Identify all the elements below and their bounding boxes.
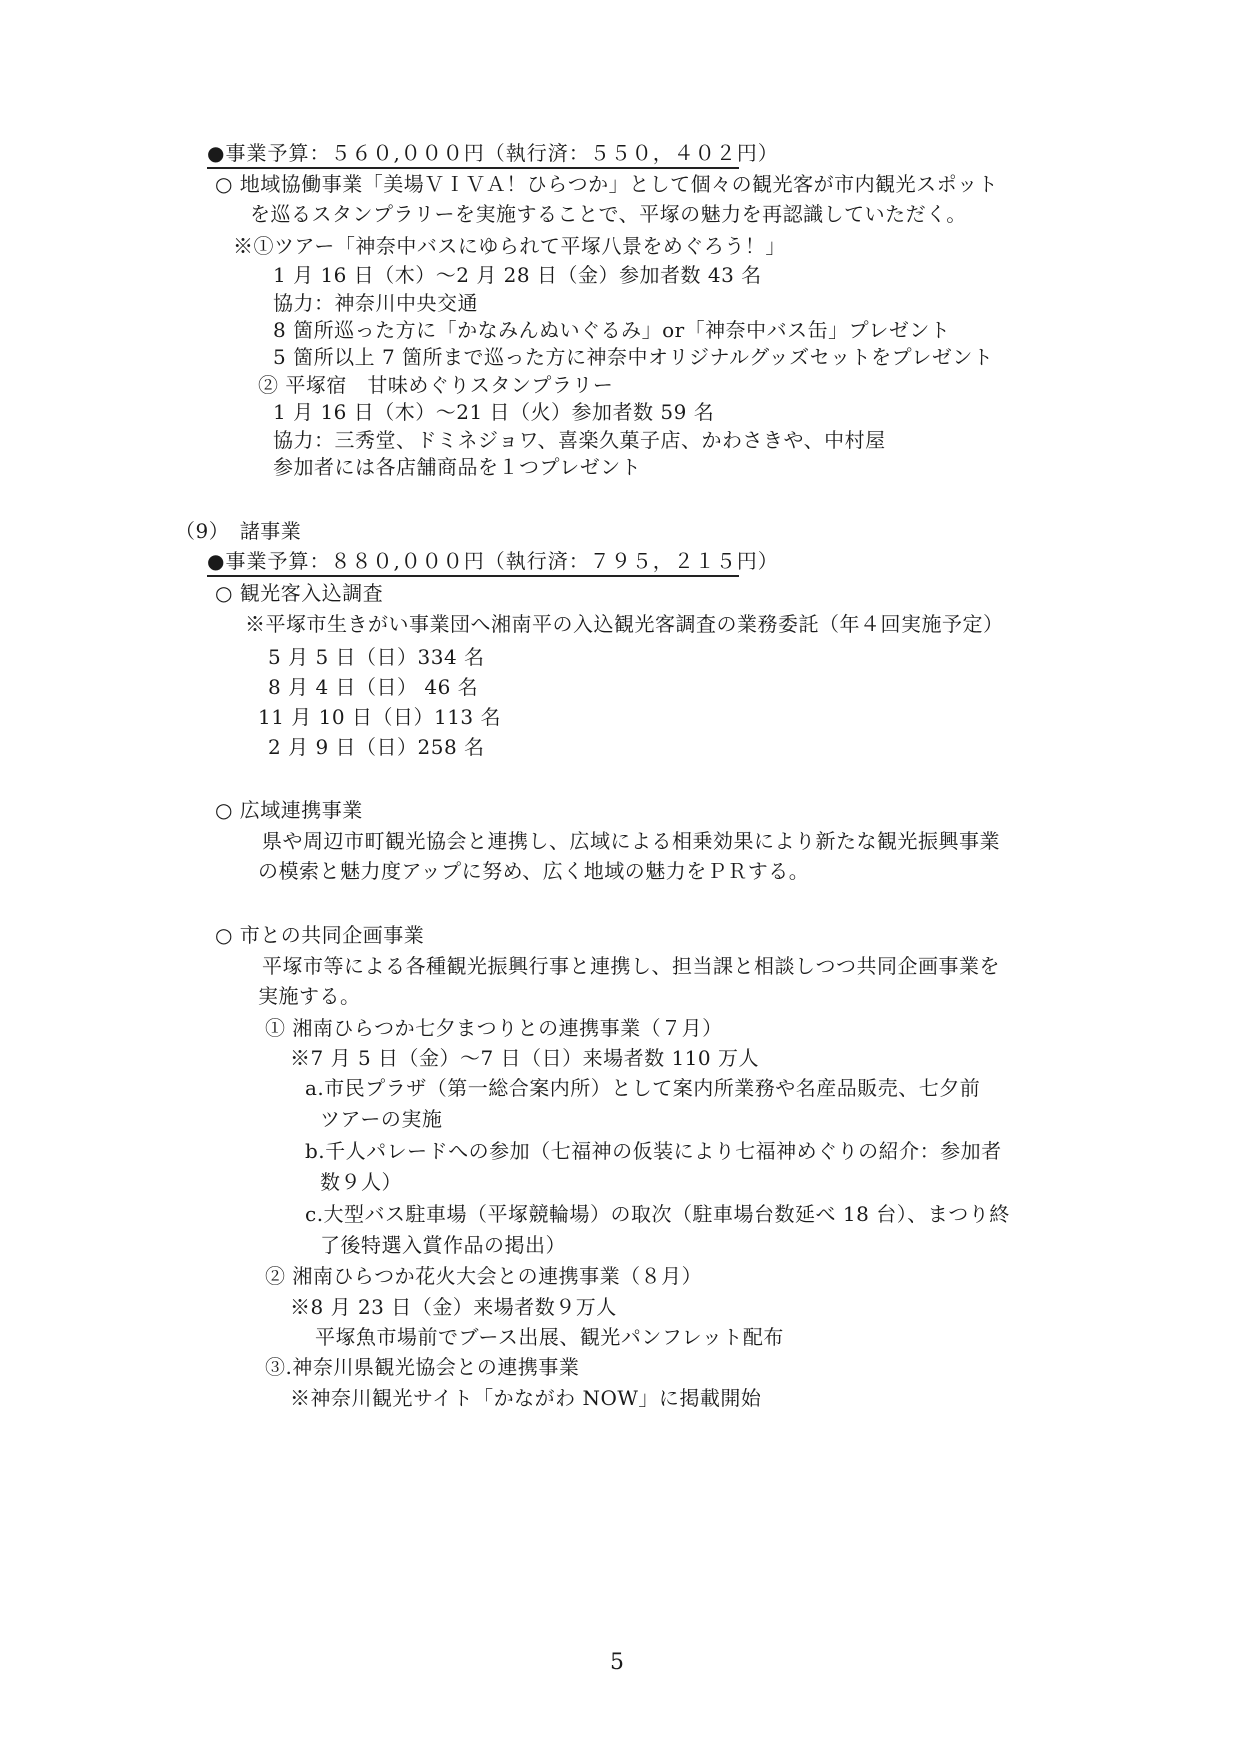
joint-body: 実施する。 [258, 983, 361, 1009]
survey-note: ※平塚市生きがい事業団へ湘南平の入込観光客調査の業務委託（年４回実施予定） [245, 611, 1004, 637]
joint-item-1-sub-cont: 了後特選入賞作品の掲出） [320, 1232, 566, 1258]
budget-line-section9: ●事業予算：８８０,０００円（執行済：７９５，２１５円） [207, 548, 739, 577]
regional-body: 県や周辺市町観光協会と連携し、広域による相乗効果により新たな観光振興事業 [262, 828, 1000, 854]
survey-heading: ○ 観光客入込調査 [215, 580, 383, 606]
joint-body: 平塚市等による各種観光振興行事と連携し、担当課と相談しつつ共同企画事業を [262, 953, 1000, 979]
budget-line-section8: ●事業予算：５６０,０００円（執行済：５５０，４０２円） [207, 140, 739, 169]
tour-2-line: 1 月 16 日（木）～21 日（火）参加者数 59 名 [273, 399, 714, 425]
tour-1-line: 1 月 16 日（木）～2 月 28 日（金）参加者数 43 名 [273, 262, 762, 288]
tour-1-line: 8 箇所巡った方に「かなみんぬいぐるみ」or「神奈中バス缶」プレゼント [273, 317, 950, 343]
tour-2-line: 協力：三秀堂、ドミネジョワ、喜楽久菓子店、かわさきや、中村屋 [273, 427, 886, 453]
tour-1-title: ※①ツアー「神奈中バスにゆられて平塚八景をめぐろう！」 [233, 233, 786, 259]
joint-item-1-note: ※7 月 5 日（金）～7 日（日）来場者数 110 万人 [290, 1045, 759, 1071]
joint-item-2-title: ② 湘南ひらつか花火大会との連携事業（８月） [265, 1263, 702, 1289]
survey-row: 11 月 10 日（日）113 名 [258, 704, 501, 730]
joint-heading: ○ 市との共同企画事業 [215, 922, 424, 948]
regional-heading: ○ 広域連携事業 [215, 797, 363, 823]
survey-row: 2 月 9 日（日）258 名 [268, 734, 485, 760]
tour-1-line: 5 箇所以上 7 箇所まで巡った方に神奈中オリジナルグッズセットをプレゼント [273, 344, 993, 370]
joint-item-1-sub: c.大型バス駐車場（平塚競輪場）の取次（駐車場台数延べ 18 台）、まつり終 [305, 1201, 1010, 1227]
tour-1-line: 協力：神奈川中央交通 [273, 290, 478, 316]
joint-item-1-sub-cont: ツアーの実施 [320, 1106, 442, 1132]
tour-2-title: ② 平塚宿 甘味めぐりスタンプラリー [258, 372, 613, 398]
joint-item-3-title: ③.神奈川県観光協会との連携事業 [265, 1354, 579, 1380]
survey-row: 8 月 4 日（日） 46 名 [268, 674, 478, 700]
page-number: 5 [610, 1650, 624, 1675]
item-heading-cont: を巡るスタンプラリーを実施することで、平塚の魅力を再認識していただく。 [250, 201, 967, 227]
regional-body: の模索と魅力度アップに努め、広く地域の魅力をＰＲする。 [258, 858, 809, 884]
joint-item-3-note: ※神奈川観光サイト「かながわ NOW」に掲載開始 [290, 1385, 761, 1411]
joint-item-1-sub-cont: 数９人） [320, 1169, 402, 1195]
joint-item-1-sub: b.千人パレードへの参加（七福神の仮装により七福神めぐりの紹介：参加者 [305, 1138, 1002, 1164]
item-heading: ○ 地域協働事業「美場ＶＩＶＡ！ひらつか」として個々の観光客が市内観光スポット [215, 171, 998, 197]
joint-item-1-title: ① 湘南ひらつか七夕まつりとの連携事業（７月） [265, 1015, 723, 1041]
section9-heading: （9） 諸事業 [175, 518, 301, 544]
joint-item-1-sub: a.市民プラザ（第一総合案内所）として案内所業務や名産品販売、七夕前 [305, 1075, 980, 1101]
survey-row: 5 月 5 日（日）334 名 [268, 644, 485, 670]
joint-item-2-detail: 平塚魚市場前でブース出展、観光パンフレット配布 [315, 1324, 784, 1350]
tour-2-line: 参加者には各店舗商品を１つプレゼント [273, 454, 641, 480]
joint-item-2-note: ※8 月 23 日（金）来場者数９万人 [290, 1294, 617, 1320]
